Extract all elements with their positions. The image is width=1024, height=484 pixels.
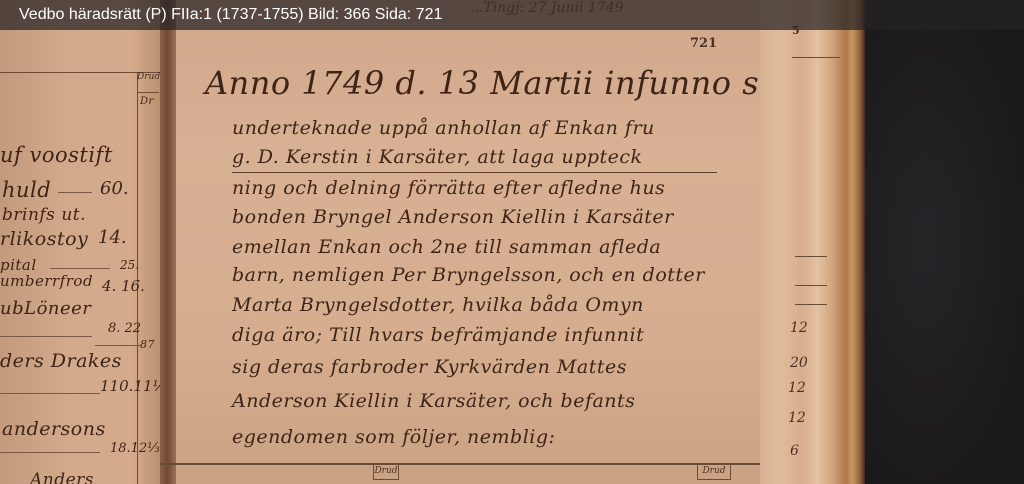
left-amount: 25. (120, 258, 139, 272)
scanner-background (860, 0, 1024, 484)
left-rule (0, 452, 100, 453)
left-margin-header: Drud (137, 72, 159, 93)
left-page-top-rule (0, 72, 160, 73)
manuscript-line: barn, nemligen Per Bryngelsson, och en d… (232, 264, 705, 286)
image-viewer[interactable]: Drud Dr 87 uf voostift huld brinfs ut. r… (0, 0, 1024, 484)
manuscript-line: egendomen som följer, nemblig: (232, 426, 555, 448)
left-entry: umberrfrod (0, 272, 93, 290)
image-title: Vedbo häradsrätt (P) FIIa:1 (1737-1755) … (19, 5, 442, 25)
bottom-box-label: Drud (373, 463, 399, 480)
edge-rule (795, 256, 827, 257)
manuscript-line: Anderson Kiellin i Karsäter, och befants (232, 390, 635, 412)
left-amount: 8. 22 (108, 321, 141, 336)
left-entry: andersons (2, 418, 106, 440)
left-amount: 4. 16. (102, 277, 145, 295)
edge-number: 12 (788, 380, 806, 396)
left-entry: huld (2, 178, 51, 202)
manuscript-line: g. D. Kerstin i Karsäter, att laga uppte… (232, 146, 643, 168)
page-bottom-rule (160, 463, 760, 465)
manuscript-line: emellan Enkan och 2ne till samman afleda (232, 236, 661, 258)
page-edges (760, 0, 865, 484)
manuscript-line: sig deras farbroder Kyrkvärden Mattes (232, 356, 627, 378)
text-underline (232, 172, 717, 173)
left-margin-total: 87 (140, 338, 155, 351)
edge-number: 6 (790, 443, 799, 459)
left-entry: Anders (30, 470, 94, 484)
left-dash (58, 192, 92, 193)
edge-number: 20 (790, 355, 808, 371)
edge-rule (795, 285, 827, 286)
left-margin-sub: Dr (140, 96, 154, 107)
left-amount: 60. (100, 178, 129, 199)
edge-number: 12 (788, 410, 806, 426)
bottom-box-label: Drud (697, 463, 731, 480)
left-rule (95, 345, 140, 346)
left-amount: 18.12⅓ (110, 441, 160, 456)
left-entry: uf voostift (0, 143, 113, 167)
left-rule (0, 393, 100, 394)
left-rule (0, 336, 92, 337)
left-amount: 14. (98, 227, 127, 248)
left-entry: ders Drakes (0, 350, 122, 372)
left-dash (50, 268, 110, 269)
left-entry: rlikostoy (0, 228, 88, 250)
manuscript-line: ning och delning förrätta efter afledne … (232, 177, 665, 199)
left-amount: 110.11⅓ (100, 377, 167, 395)
manuscript-line: Marta Bryngelsdotter, hvilka båda Omyn (232, 294, 644, 316)
image-title-bar: ...Tingj: 27 Junii 1749 Vedbo häradsrätt… (0, 0, 1024, 30)
manuscript-line: diga äro; Till hvars befrämjande infunni… (232, 324, 644, 346)
edge-number: 12 (790, 320, 808, 336)
manuscript-line: underteknade uppå anhollan af Enkan fru (232, 117, 655, 139)
edge-rule (795, 304, 827, 305)
top-scrawl: ...Tingj: 27 Junii 1749 (470, 0, 624, 16)
left-entry: ubLöneer (0, 298, 91, 319)
edge-rule (792, 57, 840, 58)
left-entry: brinfs ut. (2, 205, 86, 225)
manuscript-line: bonden Bryngel Anderson Kiellin i Karsät… (232, 206, 674, 228)
manuscript-line: Anno 1749 d. 13 Martii infunno sig (205, 64, 791, 102)
page-number: 721 (690, 36, 717, 51)
